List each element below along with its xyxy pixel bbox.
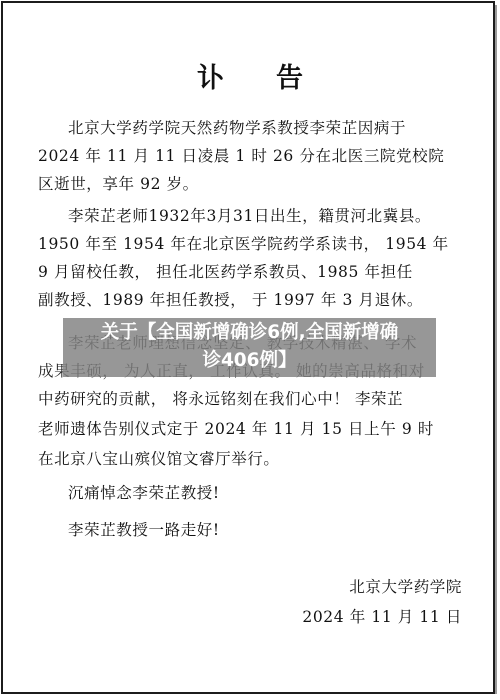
- closing-line2: 李荣芷教授一路走好!: [68, 520, 493, 540]
- signature-date: 2024 年 11 月 11 日: [302, 607, 462, 627]
- title-char-2: 告: [276, 56, 303, 95]
- paragraph1-line3: 区逝世，享年 92 岁。: [38, 174, 463, 194]
- paragraph2-line1: 李荣芷老师1932年3月31日出生，籍贯河北冀县。: [68, 206, 493, 226]
- caption-overlay-text: 关于【全国新增确诊6例,全国新增确 诊406例】: [63, 319, 436, 375]
- title-char-1: 讣: [197, 56, 224, 95]
- paragraph2-line4: 副教授、1989 年担任教授， 于 1997 年 3 月退休。: [38, 290, 463, 310]
- paragraph1-line1: 北京大学药学院天然药物学系教授李荣芷因病于: [68, 118, 493, 138]
- paragraph1-line2: 2024 年 11 月 11 日凌晨 1 时 26 分在北医三院党校院: [38, 146, 463, 166]
- paragraph3-line5: 在北京八宝山殡仪馆文睿厅举行。: [38, 449, 463, 469]
- paragraph3-line3: 中药研究的贡献， 将永远铭刻在我们心中！ 李荣芷: [38, 389, 463, 409]
- signature-org: 北京大学药学院: [349, 577, 462, 597]
- notice-title: 讣告: [0, 56, 500, 95]
- paragraph2-line2: 1950 年至 1954 年在北京医学院药学系读书， 1954 年: [38, 234, 463, 254]
- caption-line1: 关于【全国新增确诊6例,全国新增确: [63, 319, 436, 347]
- closing-line1: 沉痛悼念李荣芷教授!: [68, 483, 493, 503]
- paragraph2-line3: 9 月留校任教， 担任北医药学系教员、1985 年担任: [38, 262, 463, 282]
- paragraph3-line4: 老师遗体告别仪式定于 2024 年 11 月 15 日上午 9 时: [38, 419, 463, 439]
- caption-line2: 诊406例】: [63, 347, 436, 375]
